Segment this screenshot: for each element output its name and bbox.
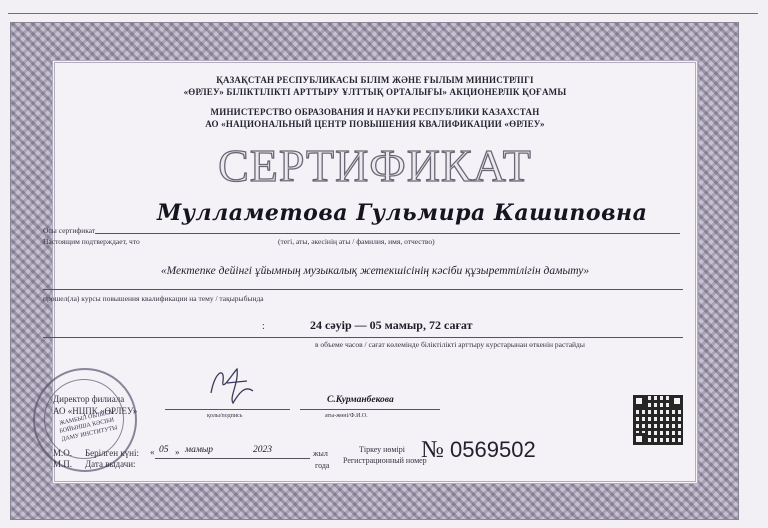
dates-colon: : xyxy=(262,321,265,332)
name-underline xyxy=(95,233,680,234)
signer-name-line xyxy=(300,409,440,410)
course-underline xyxy=(43,289,683,290)
mp-ru: М.П. xyxy=(53,459,72,469)
qr-code[interactable] xyxy=(633,395,683,445)
header-kz-line1: ҚАЗАҚСТАН РЕСПУБЛИКАСЫ БІЛІМ ЖӘНЕ ҒЫЛЫМ … xyxy=(55,75,695,85)
issue-close-quote: » xyxy=(175,447,180,457)
scan-edge-line xyxy=(8,13,758,14)
signer-position-line1: Директор филиала xyxy=(53,394,124,404)
issue-month: мамыр xyxy=(185,445,213,455)
recipient-label-ru: Настоящим подтверждает, что xyxy=(43,237,140,246)
recipient-label-kz: Осы сертификат xyxy=(43,226,95,235)
signer-name: С.Курманбекова xyxy=(327,395,394,405)
issue-date-label-kz: Берілген күні: xyxy=(85,448,139,458)
signature-scribble xyxy=(203,363,263,408)
year-label-kz: жыл xyxy=(313,449,328,458)
registration-label-ru: Регистрационный номер xyxy=(343,456,427,465)
dates-caption: в объеме часов / сағат көлемінде білікті… xyxy=(315,340,585,349)
header-ru-line2: АО «НАЦИОНАЛЬНЫЙ ЦЕНТР ПОВЫШЕНИЯ КВАЛИФИ… xyxy=(55,119,695,129)
issue-date-line xyxy=(155,458,310,459)
name-caption: (тегі, аты, әкесінің аты / фамилия, имя,… xyxy=(278,237,435,246)
signature-caption: қолы/подпись xyxy=(207,413,242,419)
issue-date-label-ru: Дата выдачи: xyxy=(85,459,136,469)
registration-number-value: 0569502 xyxy=(450,437,536,462)
course-title: «Мектепке дейінгі ұйымның музыкалық жете… xyxy=(55,265,695,277)
signer-name-caption: аты-жөні/Ф.И.О. xyxy=(325,413,368,419)
number-sign: № xyxy=(421,437,444,463)
registration-label-kz: Тіркеу нөмірі xyxy=(359,445,405,454)
course-caption: прошел(ла) курсы повышения квалификации … xyxy=(43,294,264,303)
recipient-name: Мулламетова Гульмира Кашиповна xyxy=(157,200,647,226)
certificate-body: ҚАЗАҚСТАН РЕСПУБЛИКАСЫ БІЛІМ ЖӘНЕ ҒЫЛЫМ … xyxy=(52,60,698,484)
issue-day: 05 xyxy=(159,445,169,455)
certificate-title: СЕРТИФИКАТ xyxy=(55,139,695,192)
issue-open-quote: « xyxy=(150,447,155,457)
signature-line xyxy=(165,409,290,410)
registration-number: № 0569502 xyxy=(421,437,536,464)
header-ru-line1: МИНИСТЕРСТВО ОБРАЗОВАНИЯ И НАУКИ РЕСПУБЛ… xyxy=(55,107,695,117)
issue-year: 2023 xyxy=(253,445,272,455)
year-label-ru: года xyxy=(315,461,329,470)
dates-underline xyxy=(43,337,683,338)
header-kz-line2: «ӨРЛЕУ» БІЛІКТІЛІКТІ АРТТЫРУ ҰЛТТЫҚ ОРТА… xyxy=(55,87,695,97)
mp-kz: М.О. xyxy=(53,448,72,458)
course-dates: 24 сәуір — 05 мамыр, 72 сағат xyxy=(310,318,472,333)
signer-position-line2: АО «НЦПК «ӨРЛЕУ» xyxy=(53,406,137,416)
